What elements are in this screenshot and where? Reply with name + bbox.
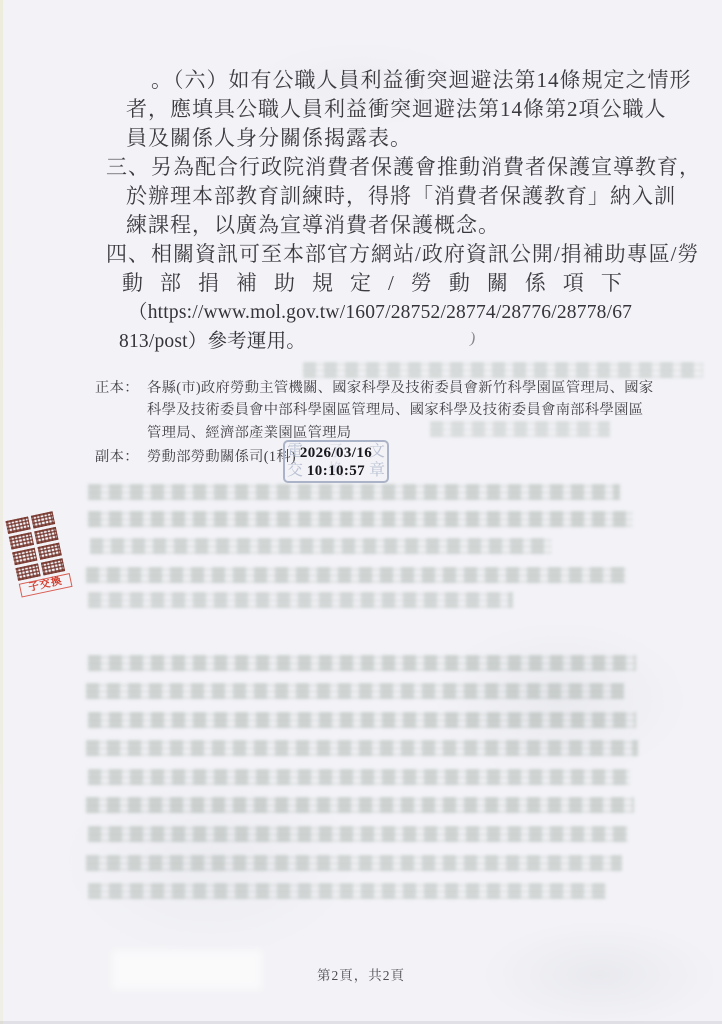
text-line: 動部捐補助規定/勞動關係項下 [122,269,722,298]
bleedthrough-line [88,511,633,527]
bleedthrough-line [88,883,606,899]
original-copy-recipients: 各縣(市)政府勞動主管機關、國家科學及技術委員會新竹科學園區管理局、國家科學及技… [147,377,653,444]
text-line: 者，應填具公職人員利益衝突迴避法第14條第2項公職人 [126,95,722,124]
text-line: 四、相關資訊可至本部官方網站/政府資訊公開/捐補助專區/勞 [151,240,722,269]
bleedthrough-line [303,362,703,378]
recipient-line: 各縣(市)政府勞動主管機關、國家科學及技術委員會新竹科學園區管理局、國家 [147,377,653,399]
recipients-block: 正本： 各縣(市)政府勞動主管機關、國家科學及技術委員會新竹科學園區管理局、國家… [95,377,695,469]
bleedthrough-line [88,712,636,728]
electronic-exchange-stamp: 電 子 文 交 換 章 2026/03/16 10:10:57 [283,440,389,483]
text-line: 三、另為配合行政院消費者保護會推動消費者保護宣導教育， [151,153,722,182]
cc-copy-label: 副本： [95,446,147,468]
original-copy-label: 正本： [95,377,147,399]
recipient-line: 科學及技術委員會中部科學園區管理局、國家科學及技術委員會南部科學園區 [147,399,653,421]
bleedthrough-line [86,740,638,756]
bleedthrough-line [88,826,628,842]
bleedthrough-line [86,797,634,813]
seal-character [12,548,37,565]
text-line: 。（六）如有公職人員利益衝突迴避法第14條規定之情形 [151,66,722,95]
bleedthrough-line [86,855,622,871]
exchange-time: 10:10:57 [285,464,387,479]
bleedthrough-line [88,592,513,608]
text-line: （https://www.mol.gov.tw/1607/28752/28774… [128,298,722,327]
text-line: 練課程，以廣為宣導消費者保護概念。 [126,211,722,240]
bleedthrough-line [86,567,626,583]
seal-character [40,558,65,575]
bleedthrough-line [88,484,620,500]
cc-copy-recipient: 勞動部勞動關係司(1科) [147,446,296,468]
body-paragraph: 。（六）如有公職人員利益衝突迴避法第14條規定之情形者，應填具公職人員利益衝突迴… [0,66,722,153]
seal-character [9,532,34,549]
page-footer: 第2頁，共2頁 [0,964,722,984]
cc-copy-row: 副本： 勞動部勞動關係司(1科) [95,446,695,468]
item-number: 三、 [106,153,150,182]
text-line: 813/post）參考運用。 [119,327,722,356]
text-line: 於辦理本部教育訓練時，得將「消費者保護教育」納入訓 [126,182,722,211]
scan-texture [430,620,690,780]
text-line: 員及關係人身分關係揭露表。 [126,124,722,153]
bleedthrough-line [88,769,630,785]
letter-body: 。（六）如有公職人員利益衝突迴避法第14條規定之情形者，應填具公職人員利益衝突迴… [0,66,722,356]
seal-character [34,527,59,544]
recipient-line: 管理局、經濟部產業園區管理局 [147,422,653,444]
scan-texture [60,760,360,960]
seal-character [30,511,55,528]
seal-character [15,564,40,581]
seal-character [5,517,30,534]
bleedthrough-line [88,655,636,671]
bleedthrough-line [90,538,552,554]
body-paragraph: 四、相關資訊可至本部官方網站/政府資訊公開/捐補助專區/勞動部捐補助規定/勞動關… [0,240,722,356]
exchange-date: 2026/03/16 [285,446,387,461]
red-seal-stamp: 子交換 [5,510,72,597]
seal-script-grid [5,511,65,581]
item-number: 四、 [106,240,150,269]
seal-character [37,543,62,560]
body-paragraph: 三、另為配合行政院消費者保護會推動消費者保護宣導教育，於辦理本部教育訓練時，得將… [0,153,722,240]
bleedthrough-line [86,683,624,699]
original-copy-row: 正本： 各縣(市)政府勞動主管機關、國家科學及技術委員會新竹科學園區管理局、國家… [95,377,695,444]
scanned-document-page: 。（六）如有公職人員利益衝突迴避法第14條規定之情形者，應填具公職人員利益衝突迴… [0,0,722,1024]
